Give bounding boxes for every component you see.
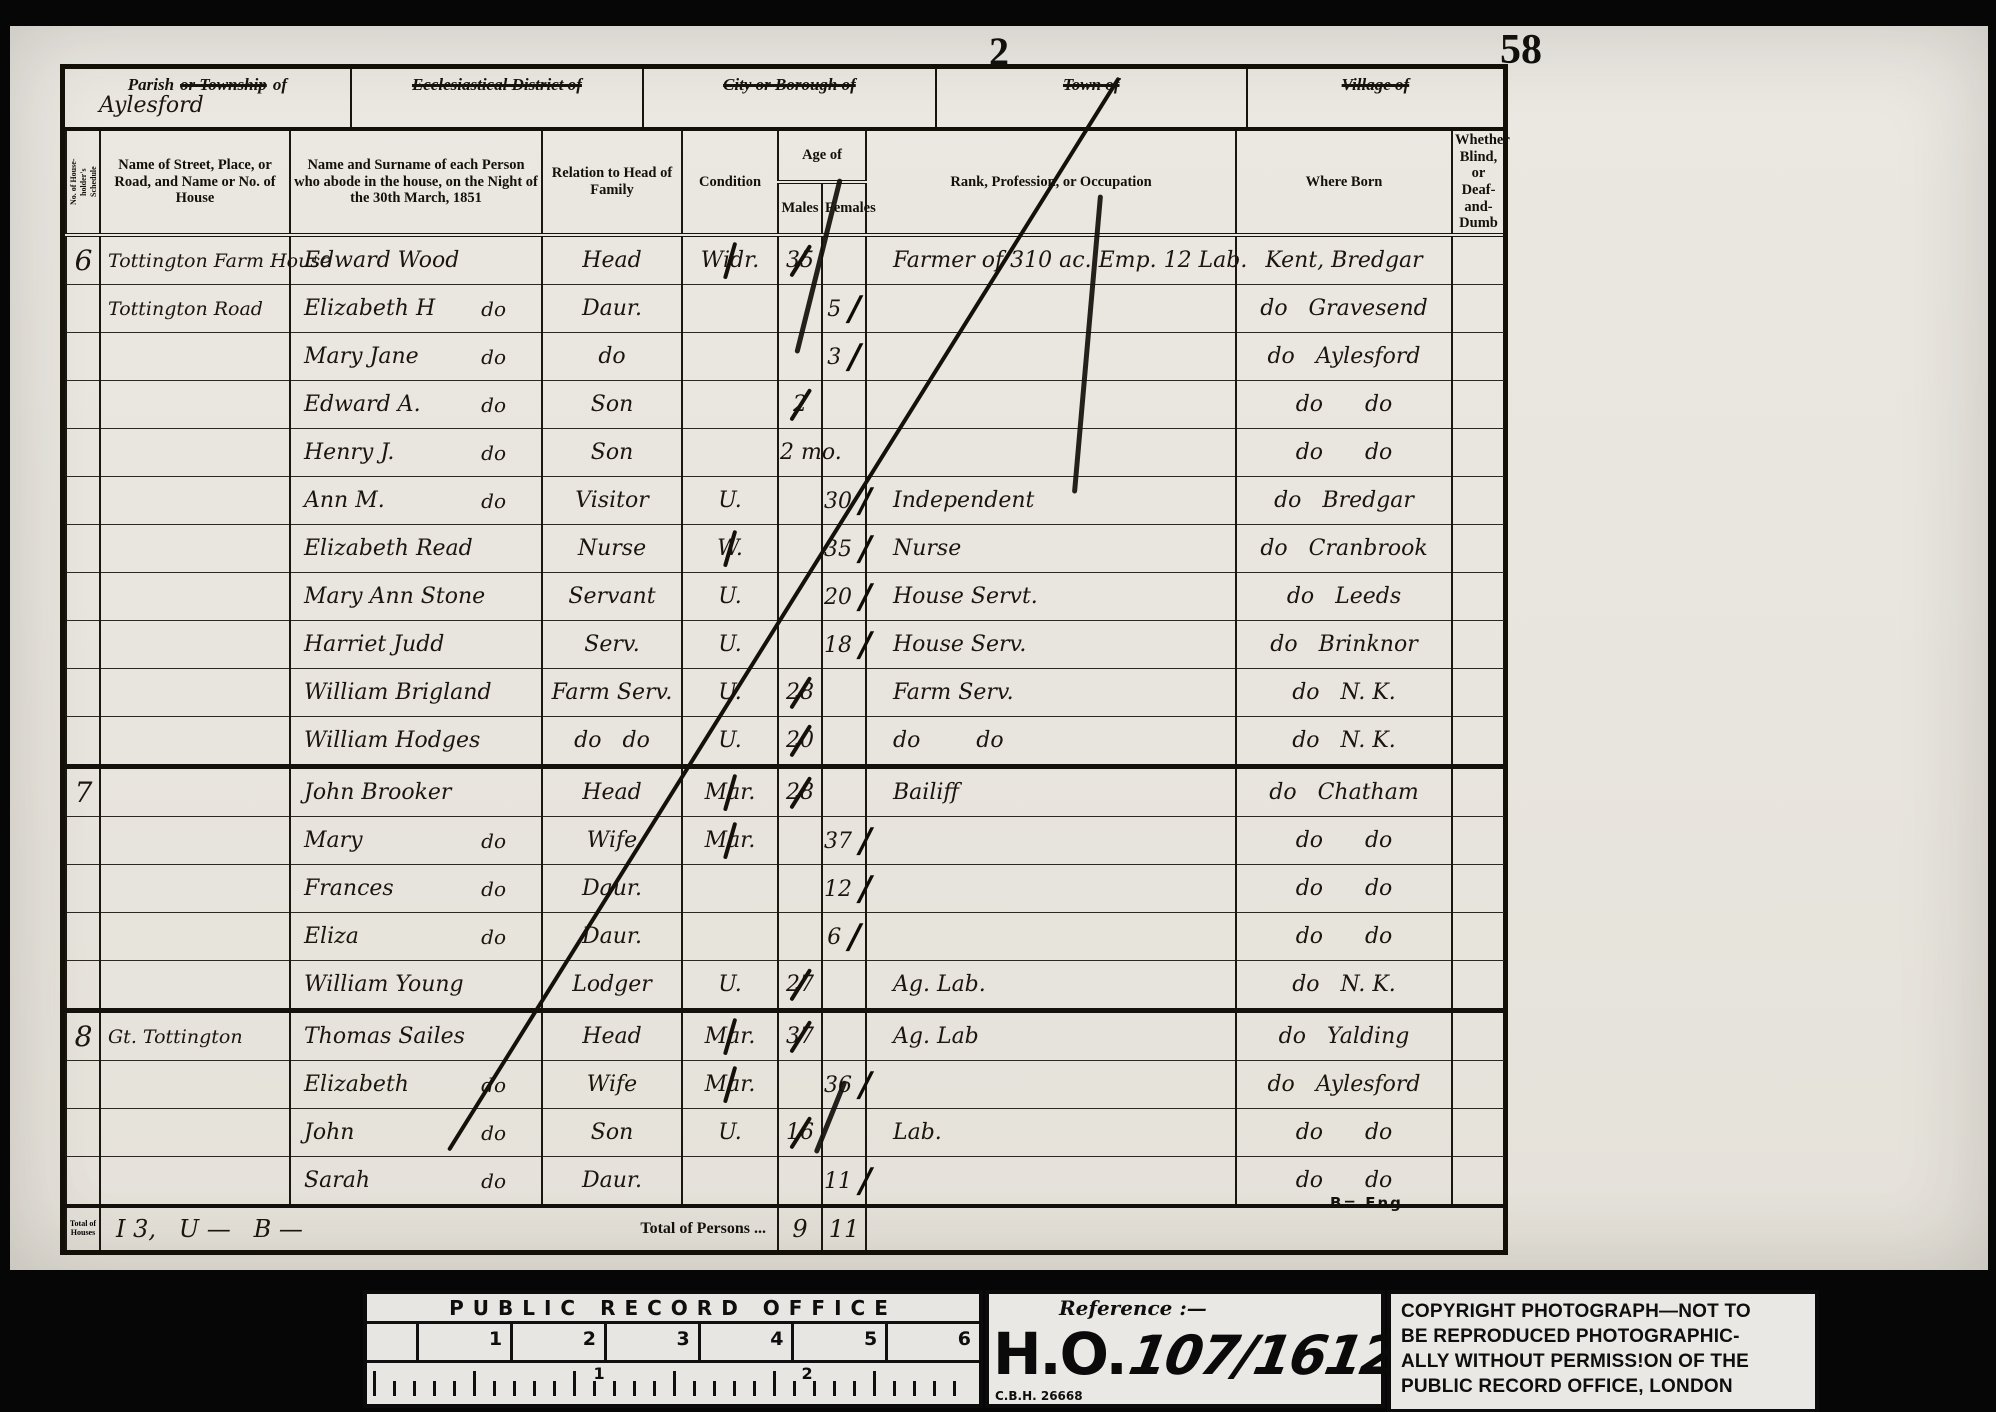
occupation-cell [866,865,1236,913]
relation-cell: Farm Serv. [542,669,682,717]
relation-cell: do do [542,717,682,767]
condition-cell: U. [682,573,778,621]
name-cell: Marydo [290,817,542,865]
street-cell [100,1157,290,1207]
age-male-cell [778,913,822,961]
age-female-cell: 11 [822,1157,866,1207]
relation-cell: Serv. [542,621,682,669]
age-male-cell [778,477,822,525]
occupation-cell: do do [866,717,1236,767]
age-female-cell: 12 [822,865,866,913]
table-row: Elizabeth Read Nurse W. 35 Nurse do Cran… [66,525,1504,573]
where-born-cell: Kent, Bredgar [1236,235,1452,285]
relation-cell: do [542,333,682,381]
street-cell [100,717,290,767]
condition-cell: U. [682,669,778,717]
ruler-segment: 2 [513,1324,607,1360]
name-cell: Thomas Sailes [290,1011,542,1061]
street-cell: Gt. Tottington [100,1011,290,1061]
parish-value: Aylesford [65,93,204,118]
total-males-value: 9 [778,1206,822,1250]
street-cell [100,525,290,573]
village-field: Village of [1246,69,1503,127]
location-band: Parishor Townshipof Aylesford Ecclesiast… [65,69,1503,127]
age-male-cell [778,621,822,669]
relation-cell: Son [542,429,682,477]
age-female-cell: 35 [822,525,866,573]
relation-cell: Wife [542,1061,682,1109]
ruler-segment: 4 [701,1324,795,1360]
occupation-cell [866,333,1236,381]
parish-label: Parishor Townshipof [125,75,290,95]
name-cell: William Brigland [290,669,542,717]
photograph-stage: 2 58 Parishor Townshipof Aylesford Eccle… [0,0,1996,1412]
where-born-cell: do Brinknor [1236,621,1452,669]
table-row: Ann M.do Visitor U. 30 Independent do Br… [66,477,1504,525]
occupation-cell: Ag. Lab. [866,961,1236,1011]
name-cell: Elizabeth Read [290,525,542,573]
where-born-cell: do do [1236,913,1452,961]
census-rows: 6 Tottington Farm House Edward Wood Head… [66,235,1504,1206]
totals-middle-cell: I 3, U — B — Total of Persons ... [100,1206,778,1250]
infirm-cell [1452,477,1504,525]
age-male-cell: 20 [778,717,822,767]
schedule-number-cell [66,961,100,1011]
where-born-cell: do Gravesend [1236,285,1452,333]
street-cell [100,429,290,477]
occupation-cell [866,1061,1236,1109]
table-row: Marydo Wife Mar. 37 do do [66,817,1504,865]
ecclesiastical-district-field: Ecclesiastical District of [350,69,642,127]
relation-cell: Son [542,1109,682,1157]
age-female-cell: 3 [822,333,866,381]
where-born-cell: do Aylesford [1236,333,1452,381]
reference-label: Reference :— [1059,1296,1207,1320]
condition-cell [682,1157,778,1207]
name-cell: Francesdo [290,865,542,913]
table-row: Francesdo Daur. 12 do do [66,865,1504,913]
name-cell: Elizabeth Hdo [290,285,542,333]
name-cell: Elizado [290,913,542,961]
relation-cell: Son [542,381,682,429]
infirm-cell [1452,235,1504,285]
condition-cell [682,333,778,381]
table-row: Mary Janedo do 3 do Aylesford [66,333,1504,381]
infirm-cell [1452,717,1504,767]
occupation-cell: Nurse [866,525,1236,573]
table-row: William Young Lodger U. 27 Ag. Lab. do N… [66,961,1504,1011]
schedule-number-cell [66,817,100,865]
where-born-cell: do do [1236,817,1452,865]
table-row: Elizabethdo Wife Mar. 36 do Aylesford [66,1061,1504,1109]
table-row: Henry J.do Son 2 mo. do do [66,429,1504,477]
schedule-number-cell [66,429,100,477]
condition-cell [682,865,778,913]
relation-cell: Servant [542,573,682,621]
where-born-cell: do do [1236,381,1452,429]
where-born-cell: do N. K. [1236,961,1452,1011]
infirm-cell [1452,285,1504,333]
copyright-line: PUBLIC RECORD OFFICE, LONDON [1391,1374,1815,1399]
street-cell [100,333,290,381]
condition-cell [682,913,778,961]
age-male-cell [778,1061,822,1109]
relation-cell: Visitor [542,477,682,525]
total-persons-label: Total of Persons ... [640,1220,766,1238]
where-born-cell: do Chatham [1236,767,1452,817]
condition-cell: U. [682,961,778,1011]
schedule-number-cell [66,717,100,767]
schedule-number-cell [66,477,100,525]
schedule-number-cell [66,1157,100,1207]
condition-cell: U. [682,1109,778,1157]
census-grid: No. of House- holder's Schedule Name of … [65,127,1504,1250]
reference-series: H.O. [993,1320,1126,1388]
condition-cell: Mar. [682,817,778,865]
where-born-cell: do do [1236,865,1452,913]
age-female-cell [822,235,866,285]
ruler-segment [367,1324,419,1360]
infirm-cell [1452,669,1504,717]
table-row: Edward A.do Son 2 do do [66,381,1504,429]
age-female-cell: 18 [822,621,866,669]
age-female-cell: 6 [822,913,866,961]
reference-stamp: Reference :— H.O.107/1612 C.B.H. 26668 [985,1290,1385,1408]
name-cell: Harriet Judd [290,621,542,669]
schedule-number-cell [66,865,100,913]
occupation-cell: Farm Serv. [866,669,1236,717]
totals-row: Total of Houses I 3, U — B — Total of Pe… [66,1206,1504,1250]
pro-ruler-inch-scale: 1 2 [367,1363,979,1401]
age-female-cell [822,381,866,429]
pro-ruler-cm-scale: 1 2 3 4 5 6 [367,1324,979,1363]
occupation-cell [866,913,1236,961]
column-headers: No. of House- holder's Schedule Name of … [66,129,1504,235]
plate-mark: B= Eng. [1330,1194,1411,1212]
age-female-cell: 20 [822,573,866,621]
age-female-cell [822,961,866,1011]
street-cell [100,669,290,717]
ruler-segment: 1 [419,1324,513,1360]
ruler-segment: 5 [794,1324,888,1360]
street-cell [100,913,290,961]
schedule-number-cell: 7 [66,767,100,817]
name-cell: Elizabethdo [290,1061,542,1109]
condition-cell: Mar. [682,1011,778,1061]
col-header-infirm: Whether Blind, or Deaf-and-Dumb [1452,129,1504,235]
table-row: Tottington Road Elizabeth Hdo Daur. 5 do… [66,285,1504,333]
occupation-cell: House Servt. [866,573,1236,621]
condition-cell: Mar. [682,767,778,817]
infirm-cell [1452,1157,1504,1207]
reference-value: H.O.107/1612 [993,1320,1396,1388]
age-female-cell [822,767,866,817]
relation-cell: Daur. [542,1157,682,1207]
where-born-cell: do Leeds [1236,573,1452,621]
age-female-cell [822,717,866,767]
condition-cell: W. [682,525,778,573]
age-female-cell [822,669,866,717]
total-houses-label: Total of Houses [66,1206,100,1250]
where-born-cell: do do [1236,429,1452,477]
name-cell: Edward Wood [290,235,542,285]
infirm-cell [1452,865,1504,913]
name-cell: Johndo [290,1109,542,1157]
table-row: Johndo Son U. 16 Lab. do do [66,1109,1504,1157]
relation-cell: Wife [542,817,682,865]
col-header-street: Name of Street, Place, or Road, and Name… [100,129,290,235]
occupation-cell [866,285,1236,333]
age-female-cell [822,1011,866,1061]
where-born-cell: do do [1236,1109,1452,1157]
total-females-value: 11 [822,1206,866,1250]
copyright-line: ALLY WITHOUT PERMISS!ON OF THE [1391,1349,1815,1374]
col-header-relation: Relation to Head of Family [542,129,682,235]
occupation-cell: Lab. [866,1109,1236,1157]
col-header-schedule: No. of House- holder's Schedule [66,129,100,235]
relation-cell: Nurse [542,525,682,573]
schedule-number-cell [66,621,100,669]
street-cell [100,1109,290,1157]
schedule-number-cell [66,1109,100,1157]
village-label: Village of [1342,75,1410,95]
age-male-cell: 2 [778,381,822,429]
infirm-cell [1452,913,1504,961]
table-row: Elizado Daur. 6 do do [66,913,1504,961]
street-cell [100,961,290,1011]
infirm-cell [1452,573,1504,621]
schedule-number-cell [66,525,100,573]
table-row: 8 Gt. Tottington Thomas Sailes Head Mar.… [66,1011,1504,1061]
age-female-cell: 37 [822,817,866,865]
parish-label-prefix: Parish [128,75,174,94]
city-borough-field: City or Borough of [642,69,934,127]
age-male-cell: 28 [778,669,822,717]
total-houses-value: I 3, U — B — [116,1215,303,1243]
age-male-cell: 2 mo. [778,429,822,477]
name-cell: William Hodges [290,717,542,767]
relation-cell: Head [542,1011,682,1061]
reference-code: C.B.H. 26668 [995,1389,1083,1403]
schedule-number-cell [66,333,100,381]
where-born-cell: do Cranbrook [1236,525,1452,573]
infirm-cell [1452,817,1504,865]
relation-cell: Daur. [542,913,682,961]
age-male-cell: 27 [778,961,822,1011]
age-male-cell [778,1157,822,1207]
ruler-segment: 3 [607,1324,701,1360]
infirm-cell [1452,333,1504,381]
occupation-cell: Ag. Lab [866,1011,1236,1061]
occupation-cell [866,817,1236,865]
ruler-ticks [373,1371,973,1396]
age-male-cell: 37 [778,1011,822,1061]
city-borough-label: City or Borough of [723,75,856,95]
condition-cell: U. [682,477,778,525]
schedule-number-cell [66,1061,100,1109]
where-born-cell: do N. K. [1236,669,1452,717]
ecclesiastical-district-label: Ecclesiastical District of [412,75,582,95]
occupation-cell: Farmer of 310 ac. Emp. 12 Lab. [866,235,1236,285]
parish-label-suffix: of [273,75,287,94]
col-header-age: Age of [778,129,866,182]
street-cell [100,817,290,865]
infirm-cell [1452,1011,1504,1061]
col-header-name: Name and Surname of each Person who abod… [290,129,542,235]
age-male-cell: 28 [778,767,822,817]
ruler-segment: 6 [888,1324,979,1360]
table-row: 6 Tottington Farm House Edward Wood Head… [66,235,1504,285]
schedule-number-cell [66,913,100,961]
col-header-males: Males [778,182,822,235]
name-cell: William Young [290,961,542,1011]
infirm-cell [1452,381,1504,429]
col-header-condition: Condition [682,129,778,235]
condition-cell: U. [682,717,778,767]
infirm-cell [1452,525,1504,573]
where-born-cell: do N. K. [1236,717,1452,767]
schedule-number-cell [66,669,100,717]
infirm-cell [1452,961,1504,1011]
table-row: Sarahdo Daur. 11 do do [66,1157,1504,1207]
street-cell [100,573,290,621]
table-row: William Hodges do do U. 20 do do do N. K… [66,717,1504,767]
schedule-number-cell: 8 [66,1011,100,1061]
age-male-cell [778,817,822,865]
name-cell: John Brooker [290,767,542,817]
name-cell: Sarahdo [290,1157,542,1207]
totals-empty-cell [866,1206,1504,1250]
condition-cell: Mar. [682,1061,778,1109]
infirm-cell [1452,621,1504,669]
age-female-cell: 5 [822,285,866,333]
schedule-number-cell: 6 [66,235,100,285]
col-header-born: Where Born [1236,129,1452,235]
occupation-cell [866,1157,1236,1207]
street-cell: Tottington Farm House [100,235,290,285]
census-page-paper: 2 58 Parishor Townshipof Aylesford Eccle… [10,26,1988,1270]
census-table: Parishor Townshipof Aylesford Ecclesiast… [60,64,1508,1255]
where-born-cell: do Bredgar [1236,477,1452,525]
relation-cell: Head [542,235,682,285]
table-row: 7 John Brooker Head Mar. 28 Bailiff do C… [66,767,1504,817]
street-cell [100,621,290,669]
street-cell [100,381,290,429]
condition-cell [682,285,778,333]
street-cell [100,865,290,913]
pro-stamp-title: PUBLIC RECORD OFFICE [367,1294,979,1324]
schedule-number-cell [66,381,100,429]
name-cell: Mary Janedo [290,333,542,381]
occupation-cell: House Serv. [866,621,1236,669]
street-cell [100,477,290,525]
where-born-cell: do Yalding [1236,1011,1452,1061]
condition-cell [682,429,778,477]
occupation-cell: Independent [866,477,1236,525]
street-cell: Tottington Road [100,285,290,333]
copyright-line: BE REPRODUCED PHOTOGRAPHIC- [1391,1324,1815,1349]
relation-cell: Daur. [542,285,682,333]
name-cell: Ann M.do [290,477,542,525]
age-female-cell [822,429,866,477]
where-born-cell: do Aylesford [1236,1061,1452,1109]
infirm-cell [1452,1109,1504,1157]
reference-piece-number: 107/1612 [1124,1324,1402,1387]
condition-cell [682,381,778,429]
condition-cell: Widr. [682,235,778,285]
name-cell: Mary Ann Stone [290,573,542,621]
infirm-cell [1452,1061,1504,1109]
public-record-office-stamp: PUBLIC RECORD OFFICE 1 2 3 4 5 6 1 2 [363,1290,983,1408]
street-cell [100,767,290,817]
infirm-cell [1452,767,1504,817]
parish-field: Parishor Townshipof Aylesford [65,69,350,127]
name-cell: Edward A.do [290,381,542,429]
age-male-cell [778,865,822,913]
occupation-cell: Bailiff [866,767,1236,817]
name-cell: Henry J.do [290,429,542,477]
copyright-line: COPYRIGHT PHOTOGRAPH—NOT TO [1391,1299,1815,1324]
copyright-stamp: COPYRIGHT PHOTOGRAPH—NOT TO BE REPRODUCE… [1387,1290,1819,1412]
schedule-number-cell [66,573,100,621]
table-row: Harriet Judd Serv. U. 18 House Serv. do … [66,621,1504,669]
table-row: William Brigland Farm Serv. U. 28 Farm S… [66,669,1504,717]
occupation-cell [866,429,1236,477]
street-cell [100,1061,290,1109]
schedule-number-cell [66,285,100,333]
infirm-cell [1452,429,1504,477]
parish-label-struck: or Township [180,75,267,94]
